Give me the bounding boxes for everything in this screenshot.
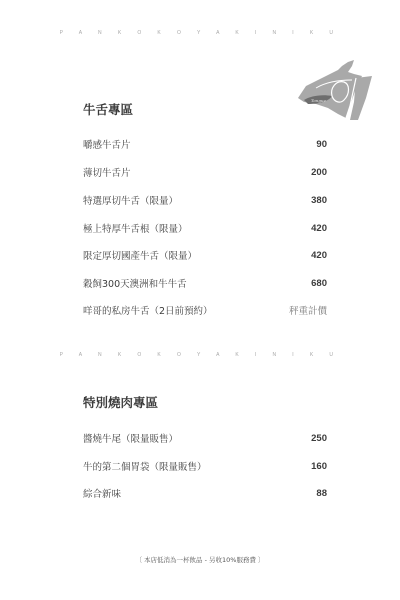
section-title-tongue: 牛舌專區 xyxy=(83,100,133,118)
item-name: 醬燒牛尾（限量販售） xyxy=(83,431,178,445)
menu-row: 綜合新味88 xyxy=(83,486,327,500)
item-price: 420 xyxy=(311,223,327,234)
item-name: 薄切牛舌片 xyxy=(83,165,131,179)
item-price: 88 xyxy=(316,488,327,499)
menu-row: 咩哥的私房牛舌（2日前預約）秤重計價 xyxy=(83,303,327,317)
menu-row: 醬燒牛尾（限量販售）250 xyxy=(83,431,327,445)
item-price: 90 xyxy=(316,139,327,150)
item-price: 250 xyxy=(311,433,327,444)
item-name: 特選厚切牛舌（限量） xyxy=(83,193,178,207)
item-price: 160 xyxy=(311,461,327,472)
item-name: 嚼感牛舌片 xyxy=(83,137,131,151)
menu-row: 嚼感牛舌片90 xyxy=(83,137,327,151)
item-price: 200 xyxy=(311,167,327,178)
item-price: 秤重計價 xyxy=(289,303,327,317)
menu-row: 極上特厚牛舌根（限量）420 xyxy=(83,221,327,235)
section-title-special: 特別燒肉專區 xyxy=(83,393,158,411)
item-price: 380 xyxy=(311,195,327,206)
item-name: 綜合新味 xyxy=(83,486,121,500)
footer-note: 〔 本店低消為一杯飲品 - 另收10%服務費 〕 xyxy=(0,555,400,564)
item-price: 420 xyxy=(311,250,327,261)
menu-row: 特選厚切牛舌（限量）380 xyxy=(83,193,327,207)
item-name: 穀飼300天澳洲和牛牛舌 xyxy=(83,276,187,290)
menu-row: 穀飼300天澳洲和牛牛舌680 xyxy=(83,276,327,290)
item-name: 限定厚切國產牛舌（限量） xyxy=(83,248,197,262)
item-name: 牛的第二個胃袋（限量販售） xyxy=(83,459,207,473)
cow-tongue-diagram-icon: Tongue xyxy=(296,58,376,124)
menu-row: 牛的第二個胃袋（限量販售）160 xyxy=(83,459,327,473)
brand-divider: P A N K O K O Y A K I N I K U xyxy=(0,352,400,358)
item-name: 咩哥的私房牛舌（2日前預約） xyxy=(83,303,213,317)
svg-text:Tongue: Tongue xyxy=(311,98,326,103)
brand-header: P A N K O K O Y A K I N I K U xyxy=(0,30,400,36)
item-price: 680 xyxy=(311,278,327,289)
menu-row: 薄切牛舌片200 xyxy=(83,165,327,179)
item-name: 極上特厚牛舌根（限量） xyxy=(83,221,188,235)
menu-row: 限定厚切國產牛舌（限量）420 xyxy=(83,248,327,262)
